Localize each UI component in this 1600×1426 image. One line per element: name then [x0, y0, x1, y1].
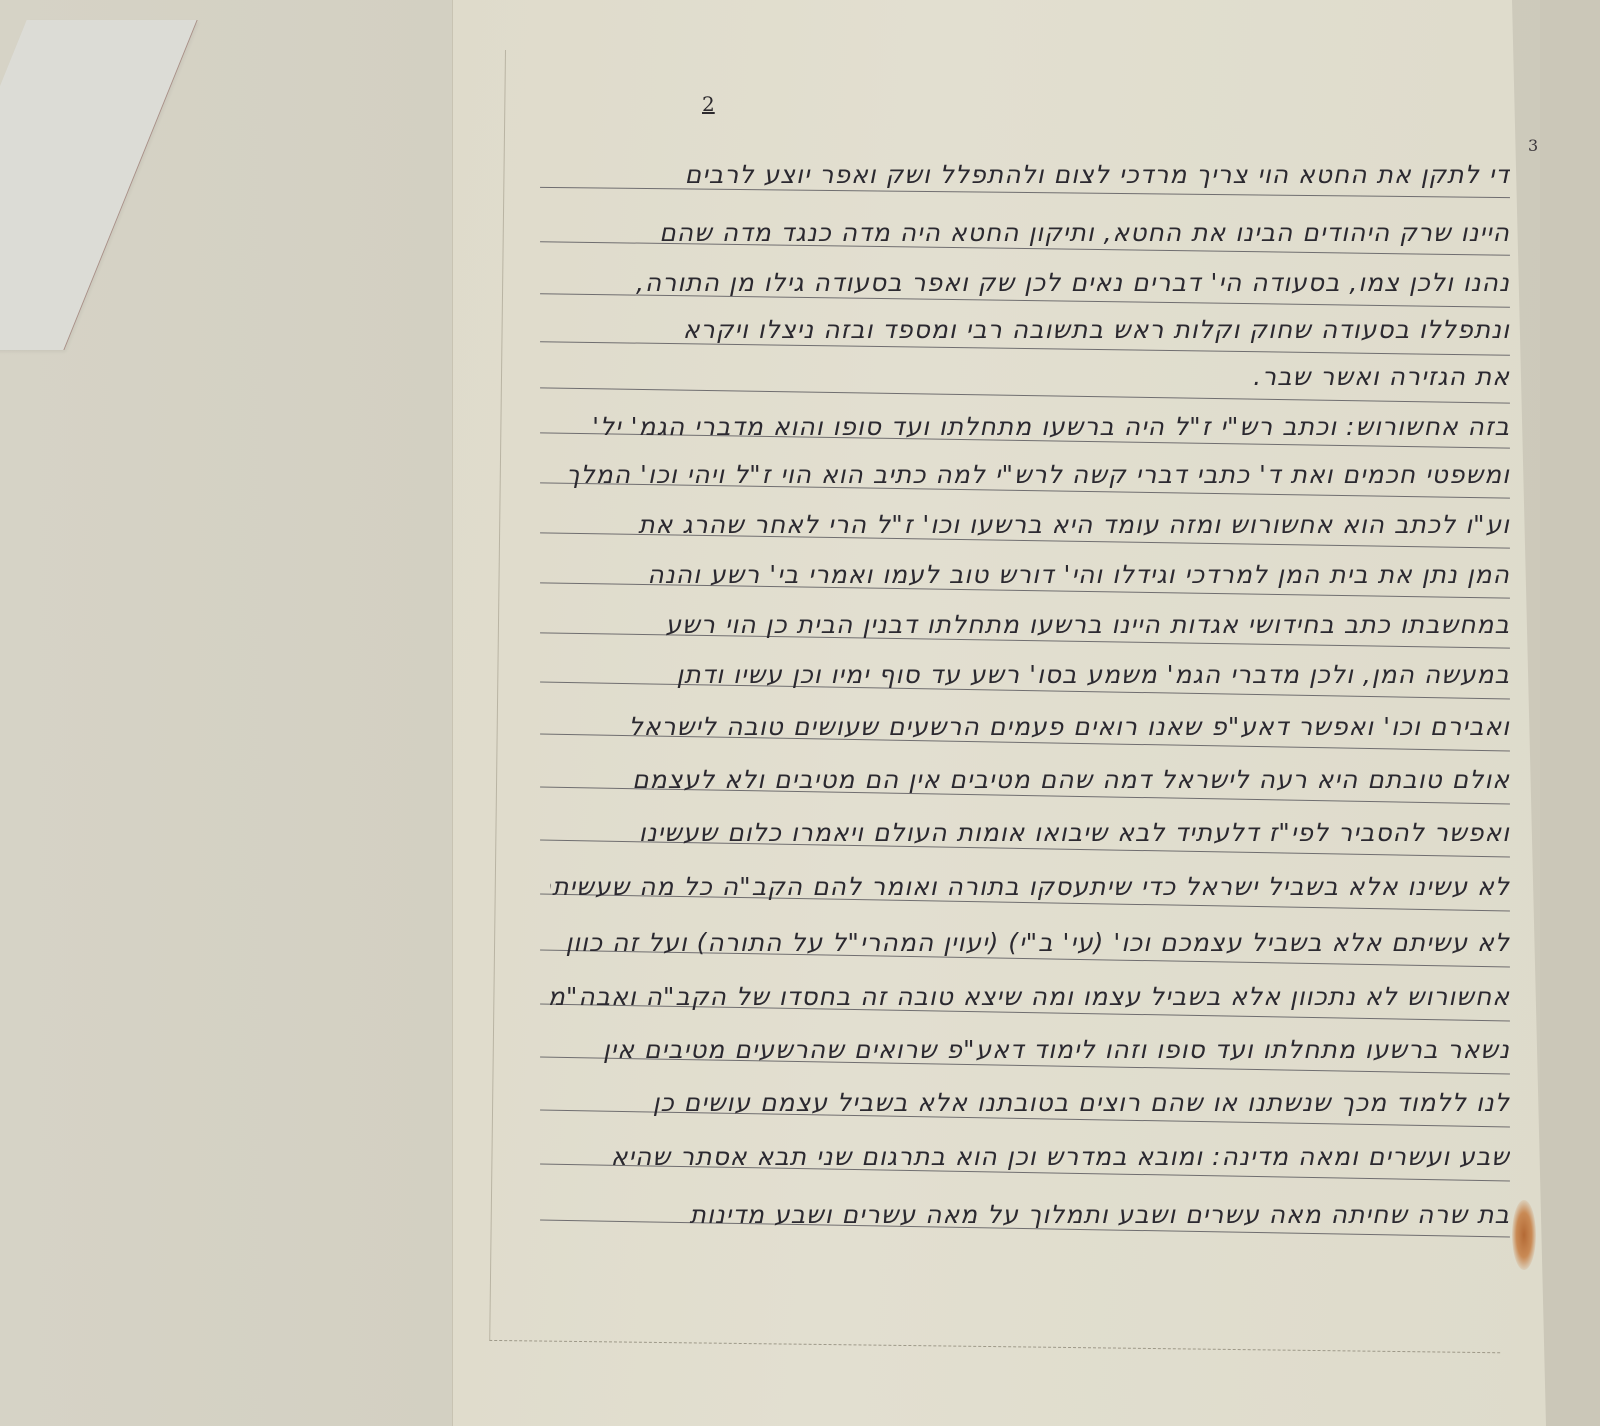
text-line: בת שרה שחיתה מאה עשרים ושבע ותמלוך על מא…: [550, 1200, 1510, 1240]
text-line: את הגזירה ואשר שבר.: [550, 362, 1510, 402]
text-line: ומשפטי חכמים ואת ד' כתבי דברי קשה לרש"י …: [550, 460, 1510, 500]
text-line: ונתפללו בסעודה שחוק וקלות ראש בתשובה רבי…: [550, 315, 1510, 355]
page-number: 2: [702, 92, 715, 116]
text-line: לנו ללמוד מכך שנשתנו או שהם רוצים בטובתנ…: [550, 1088, 1510, 1128]
text-line: ואפשר להסביר לפי"ז דלעתיד לבא שיבואו אומ…: [550, 818, 1510, 858]
text-line: אחשורוש לא נתכוון אלא בשביל עצמו ומה שיצ…: [550, 982, 1510, 1022]
text-line: די לתקן את החטא הוי צריך מרדכי לצום ולהת…: [550, 160, 1510, 200]
text-line: ואבירם וכו' ואפשר דאע"פ שאנו רואים פעמים…: [550, 712, 1510, 752]
text-line: במחשבתו כתב בחידושי אגדות היינו ברשעו מת…: [550, 610, 1510, 650]
text-line: היינו שרק היהודים הבינו את החטא, ותיקון …: [550, 218, 1510, 258]
text-line: שבע ועשרים ומאה מדינה: ומובא במדרש וכן ה…: [550, 1142, 1510, 1182]
text-line: נשאר ברשעו מתחלתו ועד סופו וזהו לימוד דא…: [550, 1035, 1510, 1075]
rust-stain: [1512, 1200, 1536, 1270]
text-line: אולם טובתם היא רעה לישראל דמה שהם מטיבים…: [550, 765, 1510, 805]
page-edge: [452, 0, 453, 1426]
text-line: לא עשיתם אלא בשביל עצמכם וכו' (עי' ב"י) …: [550, 928, 1510, 968]
text-line: בזה אחשורוש: וכתב רש"י ז"ל היה ברשעו מתח…: [550, 412, 1510, 452]
right-background: [1540, 0, 1600, 1426]
text-line: לא עשינו אלא בשביל ישראל כדי שיתעסקו בתו…: [550, 872, 1510, 912]
text-line: המן נתן את בית המן למרדכי וגידלו והי' דו…: [550, 560, 1510, 600]
text-line: במעשה המן, ולכן מדברי הגמ' משמע בסו' רשע…: [550, 660, 1510, 700]
text-line: וע"ו לכתב הוא אחשורוש ומזה עומד היא ברשע…: [550, 510, 1510, 550]
text-line: נהנו ולכן צמו, בסעודה הי' דברים נאים לכן…: [550, 268, 1510, 308]
margin-number: 3: [1528, 136, 1538, 155]
